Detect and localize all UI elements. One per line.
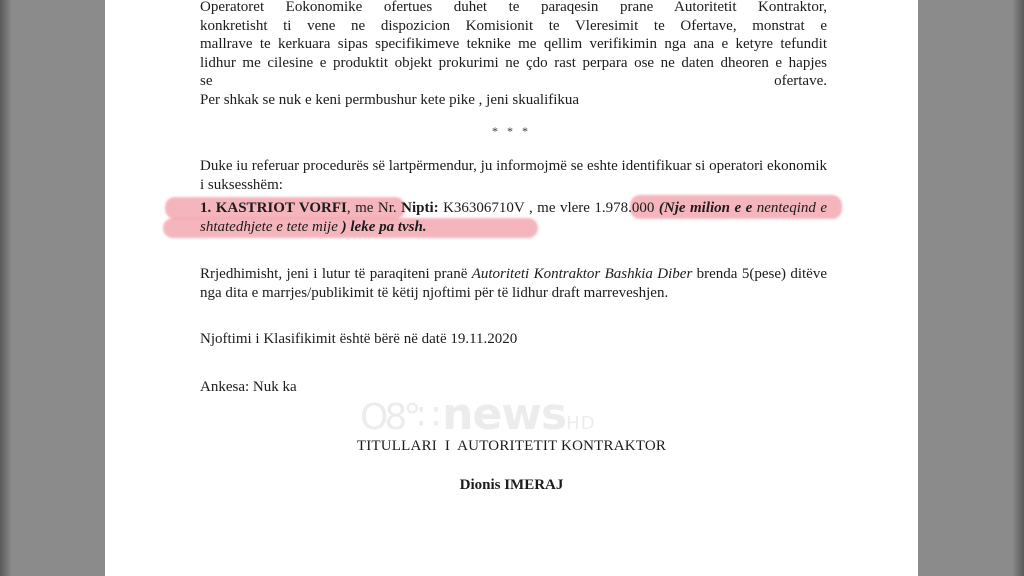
paragraph-line: konkretisht ti vene ne dispozicion Komis… [200, 17, 827, 36]
amount-words-close: ) leke pa tvsh. [342, 219, 427, 235]
intro-paragraph: Duke iu referuar procedurës së lartpërme… [200, 157, 827, 194]
last-line-right: ofertave. [774, 72, 827, 91]
request-paragraph: Rrjedhimisht, jeni i lutur të paraqiteni… [200, 265, 827, 302]
nipt-label: Nipti: [401, 200, 439, 216]
paragraph-last-line: se ofertave. [200, 72, 827, 91]
last-line-left: se [200, 72, 213, 91]
paragraph-line: Operatoret Eokonomike ofertues duhet te … [200, 0, 827, 17]
paragraph-line: mallrave te kerkuara sipas specifikimeve… [200, 35, 827, 54]
disqualification-conclusion: Per shkak se nuk e keni permbushur kete … [200, 91, 827, 110]
watermark-brand: news [442, 389, 566, 440]
amount-words-open: (Nje milion e e [659, 200, 752, 216]
disqualification-paragraph: Operatoret Eokonomike ofertues duhet te … [200, 0, 827, 109]
signature-title: TITULLARI I AUTORITETIT KONTRAKTOR [105, 438, 918, 455]
request-before: Rrjedhimisht, jeni i lutur të paraqiteni… [200, 266, 472, 282]
document-page: Operatoret Eokonomike ofertues duhet te … [105, 0, 918, 576]
signature-name: Dionis IMERAJ [105, 477, 918, 494]
paragraph-line: lidhur me cilesine e produktit objekt pr… [200, 54, 827, 73]
classification-notice: Njoftimi i Klasifikimit është bërë në da… [200, 330, 827, 349]
nipt-value: K36306710V , me vlere [439, 200, 595, 216]
winner-after-name: , me Nr. [347, 200, 401, 216]
watermark-logo-icon: O8°∷ [360, 397, 436, 438]
contracting-authority: Autoriteti Kontraktor Bashkia Diber [472, 266, 693, 282]
winner-amount: 1.978.000 [594, 200, 654, 216]
winner-entry: 1. KASTRIOT VORFI, me Nr. Nipti: K363067… [200, 199, 827, 236]
watermark-suffix: HD [566, 413, 595, 434]
section-separator: * * * [105, 124, 918, 139]
right-vignette [1012, 0, 1024, 576]
winner-name: 1. KASTRIOT VORFI [200, 200, 347, 216]
left-vignette [0, 0, 12, 576]
